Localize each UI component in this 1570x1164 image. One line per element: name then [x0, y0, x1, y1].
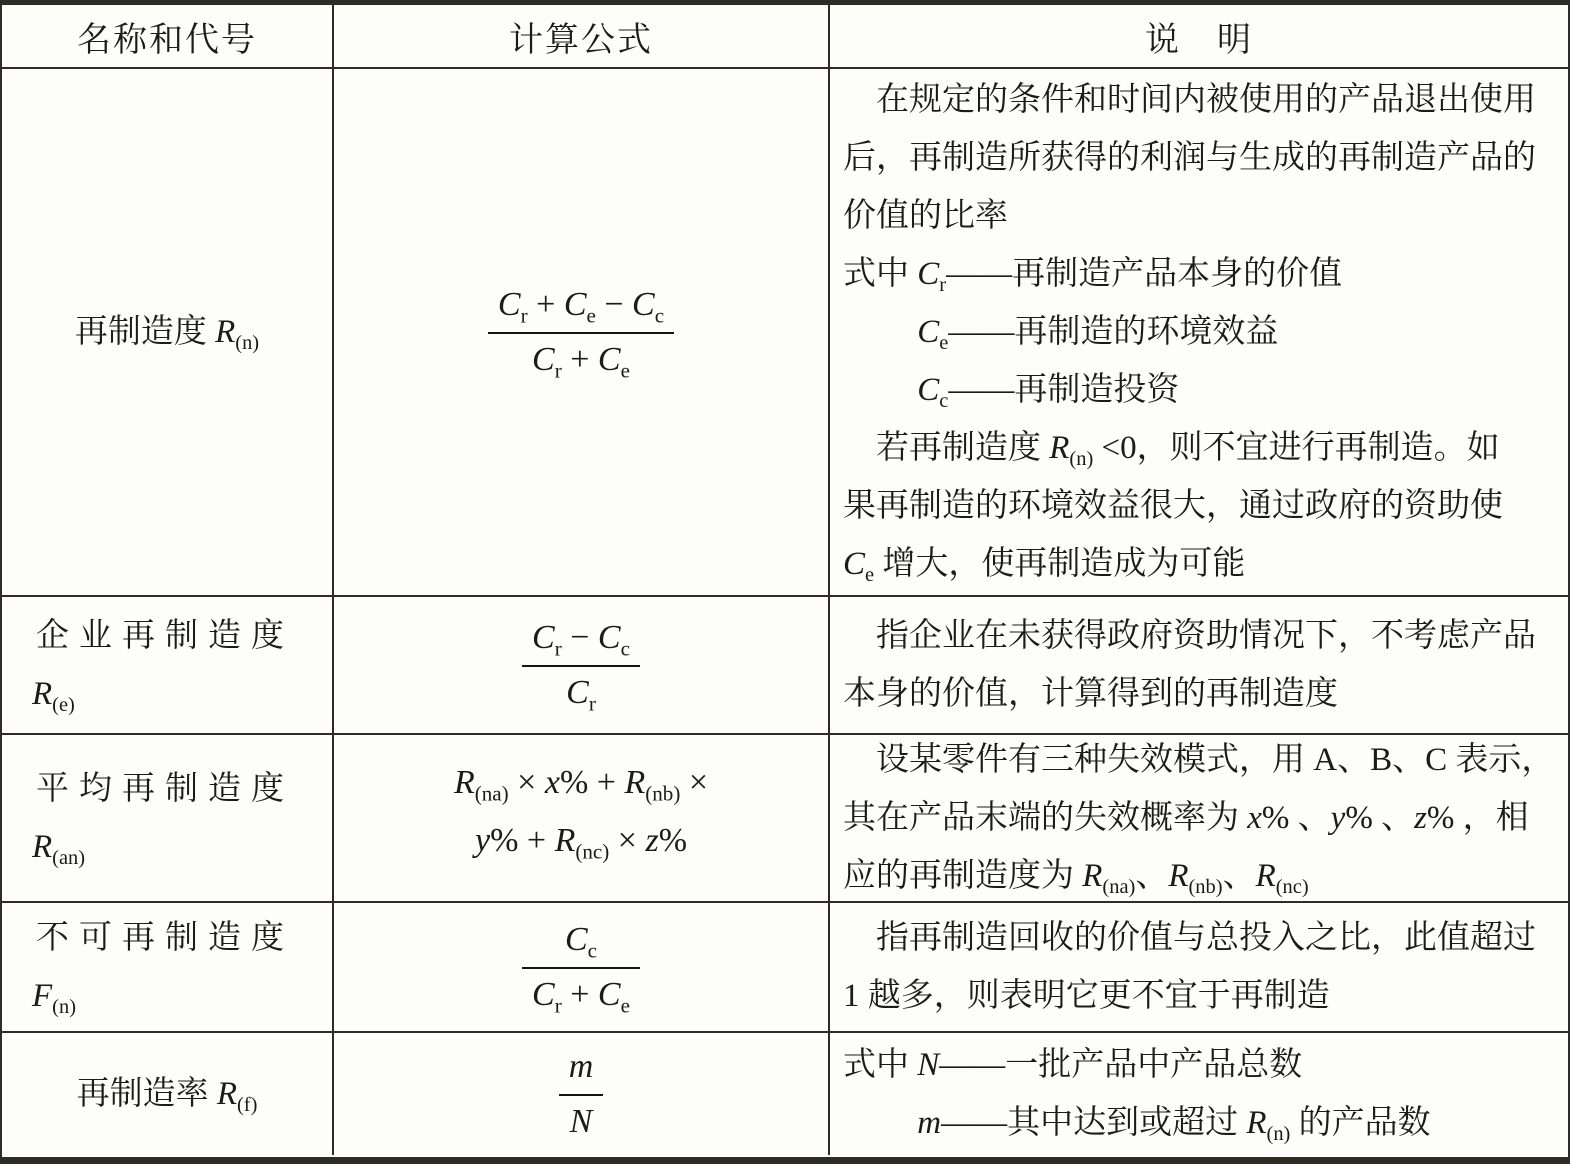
text-line: 指再制造回收的价值与总投入之比，此值超过 [843, 909, 1556, 967]
row1-name-text: 再制造度 R(n) [75, 303, 259, 361]
fraction-numerator: Cr − Cc [522, 615, 640, 665]
table-row-enterprise-remanufacturability: 企业再制造度 R(e) Cr − Cc Cr 指企业在未获得政府资助情况下，不考… [2, 597, 1568, 735]
row3-name-symbol: R(an) [2, 818, 332, 876]
fraction-denominator: Cr [522, 665, 640, 716]
text-line: 果再制造的环境效益很大，通过政府的资助使 [843, 477, 1556, 535]
fraction: Cc Cr + Ce [522, 917, 640, 1018]
table-row-non-remanufacturability: 不可再制造度 F(n) Cc Cr + Ce 指再制造回收的价值与总投入之比，此… [2, 903, 1568, 1033]
row4-name-symbol: F(n) [2, 967, 332, 1025]
fraction: Cr − Cc Cr [522, 615, 640, 716]
row5-name-text: 再制造率 R(f) [77, 1065, 258, 1123]
row2-explanation: 指企业在未获得政府资助情况下，不考虑产品本身的价值，计算得到的再制造度 [830, 597, 1568, 733]
fraction: Cr + Ce − Cc Cr + Ce [488, 282, 674, 383]
fraction-numerator: m [559, 1044, 604, 1094]
text-line: 后，再制造所获得的利润与生成的再制造产品的 [843, 129, 1556, 187]
row3-explanation: 设某零件有三种失效模式，用 A、B、C 表示，其在产品末端的失效概率为 x% 、… [830, 735, 1568, 901]
text-line: m——其中达到或超过 R(n) 的产品数 [843, 1094, 1556, 1152]
row3-name: 平均再制造度 R(an) [2, 735, 334, 901]
row3-formula: R(na) × x% + R(nb) ×y% + R(nc) × z% [334, 735, 830, 901]
row4-formula: Cc Cr + Ce [334, 903, 830, 1031]
text-line: 在规定的条件和时间内被使用的产品退出使用 [843, 71, 1556, 129]
text-line: Cc——再制造投资 [843, 361, 1556, 419]
row5-name: 再制造率 R(f) [2, 1033, 334, 1155]
row1-explanation: 在规定的条件和时间内被使用的产品退出使用后，再制造所获得的利润与生成的再制造产品… [830, 69, 1568, 595]
text-line: 式中 Cr——再制造产品本身的价值 [843, 245, 1556, 303]
text-line: 若再制造度 R(n) <0，则不宜进行再制造。如 [843, 419, 1556, 477]
table-row-average-remanufacturability: 平均再制造度 R(an) R(na) × x% + R(nb) ×y% + R(… [2, 735, 1568, 903]
row4-name-text: 不可再制造度 [2, 909, 332, 967]
text-line: R(na) × x% + R(nb) × [454, 760, 708, 818]
text-line: Ce 增大，使再制造成为可能 [843, 535, 1556, 593]
remanufacturability-table: 名称和代号 计算公式 说 明 再制造度 R(n) Cr + Ce − Cc Cr… [0, 0, 1570, 1164]
text-line: 应的再制造度为 R(na)、R(nb)、R(nc) [843, 847, 1556, 901]
header-name-and-code: 名称和代号 [2, 5, 334, 67]
text-line: 1 越多，则表明它更不宜于再制造 [843, 967, 1556, 1025]
text-line: 价值的比率 [843, 187, 1556, 245]
row4-name: 不可再制造度 F(n) [2, 903, 334, 1031]
text-line: 指企业在未获得政府资助情况下，不考虑产品 [843, 607, 1556, 665]
fraction-denominator: Cr + Ce [488, 332, 674, 383]
row2-name: 企业再制造度 R(e) [2, 597, 334, 733]
row4-explanation: 指再制造回收的价值与总投入之比，此值超过1 越多，则表明它更不宜于再制造 [830, 903, 1568, 1031]
fraction-numerator: Cr + Ce − Cc [488, 282, 674, 332]
row5-formula: m N [334, 1033, 830, 1155]
text-line: y% + R(nc) × z% [475, 818, 687, 876]
fraction-denominator: N [559, 1094, 604, 1145]
text-line: 本身的价值，计算得到的再制造度 [843, 665, 1556, 723]
text-line: 其在产品末端的失效概率为 x% 、y% 、z% ，相 [843, 789, 1556, 847]
fraction-numerator: Cc [522, 917, 640, 967]
table-header-row: 名称和代号 计算公式 说 明 [2, 5, 1568, 69]
row2-name-text: 企业再制造度 [2, 607, 332, 665]
row3-name-text: 平均再制造度 [2, 760, 332, 818]
text-line: 设某零件有三种失效模式，用 A、B、C 表示， [843, 735, 1556, 789]
fraction: m N [559, 1044, 604, 1145]
header-formula: 计算公式 [334, 5, 830, 67]
row1-formula: Cr + Ce − Cc Cr + Ce [334, 69, 830, 595]
text-line: Ce——再制造的环境效益 [843, 303, 1556, 361]
table-row-remanufacturability: 再制造度 R(n) Cr + Ce − Cc Cr + Ce 在规定的条件和时间… [2, 69, 1568, 597]
row2-name-symbol: R(e) [2, 665, 332, 723]
table-row-remanufacturing-rate: 再制造率 R(f) m N 式中 N——一批产品中产品总数 m——其中达到或超过… [2, 1033, 1568, 1155]
header-explanation: 说 明 [830, 5, 1568, 67]
row2-formula: Cr − Cc Cr [334, 597, 830, 733]
row1-name: 再制造度 R(n) [2, 69, 334, 595]
fraction-denominator: Cr + Ce [522, 967, 640, 1018]
row5-explanation: 式中 N——一批产品中产品总数 m——其中达到或超过 R(n) 的产品数 [830, 1033, 1568, 1155]
text-line: 式中 N——一批产品中产品总数 [843, 1036, 1556, 1094]
